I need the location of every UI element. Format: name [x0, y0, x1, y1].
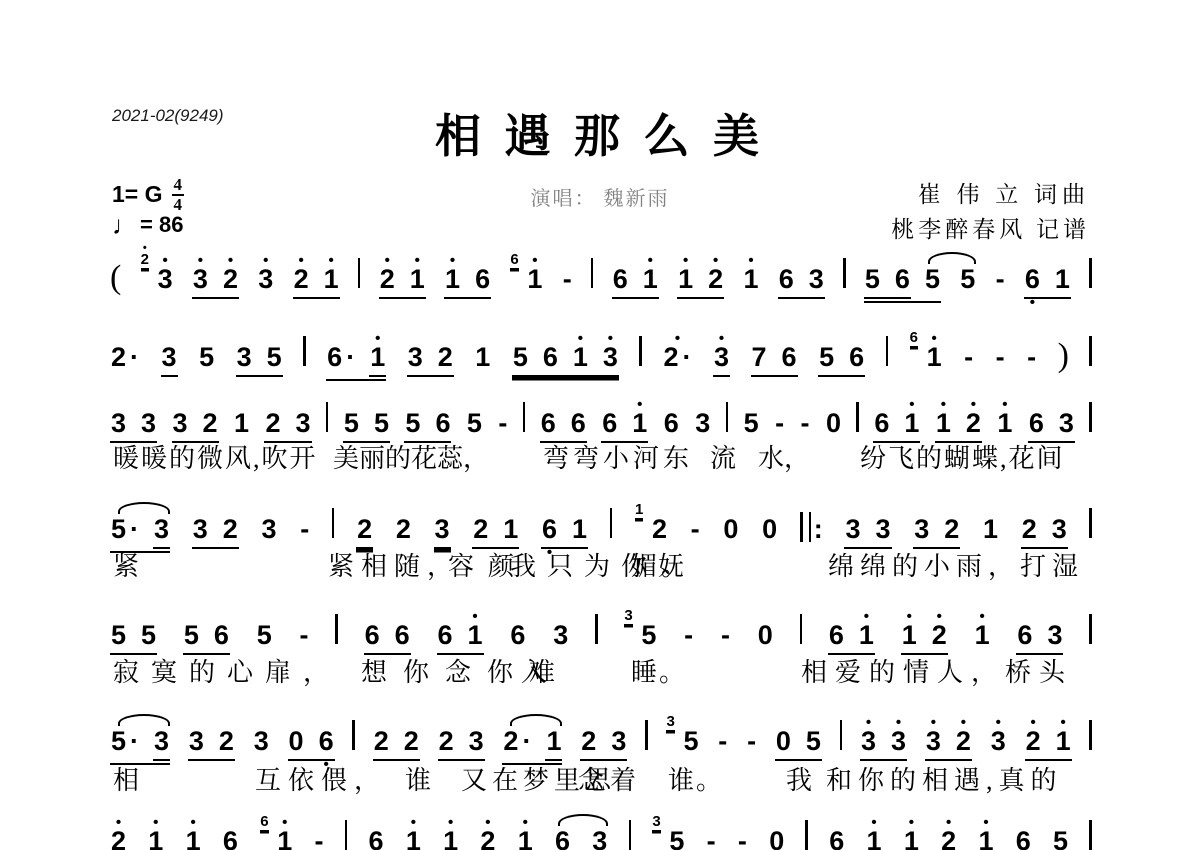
note-2: 2• [707, 265, 724, 295]
octave-dot: • [860, 715, 877, 730]
dash-extension: - [720, 621, 731, 651]
music-line-5: 55565-6661•6335--061•1•2•1•63 [110, 614, 1092, 655]
note-1: 1• [996, 409, 1013, 439]
grace-note: 3 [652, 814, 660, 831]
octave-dot: • [955, 715, 972, 730]
dash-extension: - [800, 409, 811, 439]
dash-extension: - [690, 515, 701, 545]
note-1: 1• [147, 827, 164, 850]
octave-dot: • [925, 715, 942, 730]
note-1: 1• [977, 827, 994, 850]
augmentation-dot: · [130, 342, 139, 372]
octave-dot: • [935, 397, 952, 412]
repeat-bars [800, 512, 811, 542]
barline [805, 820, 808, 850]
beam-group: 32 [913, 515, 960, 549]
note-6: 6 [1015, 827, 1032, 850]
note-5: 5 [343, 409, 360, 439]
music-line-1: (2•3•3•2•3•2•1•2•1•1•661•-61•1•2•1•63565… [110, 258, 1092, 303]
octave-dot: • [631, 397, 648, 412]
tie-arc [118, 502, 170, 514]
note-3: 3 [913, 515, 930, 545]
note-0: 0 [288, 727, 305, 757]
note-1: 1• [935, 409, 952, 439]
beam-group: 1•2• [901, 621, 948, 655]
octave-dot: • [517, 815, 534, 830]
beam-group: 33 [844, 515, 891, 549]
note-1: 1 [233, 409, 250, 439]
octave-dot: • [222, 253, 239, 268]
note-2: 2 [356, 515, 373, 549]
beam-group: 22 [373, 727, 420, 761]
note-1: 1 [545, 727, 562, 761]
note-5: 35 [668, 827, 685, 850]
dash-extension: - [706, 827, 717, 850]
note-1: 1• [974, 621, 991, 651]
barline [595, 614, 598, 644]
quarter-note-icon: ♩ [112, 212, 138, 238]
barline [345, 820, 348, 850]
note-2: 2• [1025, 727, 1042, 757]
note-3: 3 [591, 827, 608, 850]
lyric-segment: 暖暖的微风,吹开 [113, 438, 318, 475]
note-1: 61• [526, 265, 543, 295]
octave-dot: • [965, 397, 982, 412]
note-2: 2• [379, 265, 396, 295]
dash-extension: - [313, 827, 324, 850]
octave-dot: • [409, 253, 426, 268]
barline [800, 614, 803, 644]
barline [332, 508, 335, 538]
note-3: 3 [434, 515, 451, 549]
note-2: 2 [202, 409, 219, 439]
beam-group: 61• [612, 265, 659, 299]
note-3: 3 [188, 727, 205, 757]
note-3: 3• [860, 727, 877, 757]
lyric-segment: 谁 [405, 760, 431, 797]
note-3: 3 [468, 727, 485, 757]
note-5: 5 [373, 409, 390, 439]
lyric-segment: 美丽的花蕊， [333, 438, 489, 475]
beam-group: 61• [828, 621, 875, 655]
note-6: 6 [434, 409, 451, 439]
barline [840, 720, 843, 750]
tempo-value: = 86 [140, 212, 183, 238]
octave-dot: • [110, 815, 127, 830]
note-1: 1• [901, 621, 918, 651]
octave-dot: • [444, 253, 461, 268]
beam-group: 2•1• [379, 265, 426, 299]
note-2: 2• [955, 727, 972, 757]
note-5: 5 [256, 621, 273, 651]
barline [1089, 258, 1092, 288]
note-5: 5 [1052, 827, 1069, 850]
phrase-paren: ( [110, 259, 121, 296]
note-6: 6 [222, 827, 239, 850]
lyric-segment: 念着 [578, 760, 642, 797]
note-6: 6 [848, 343, 865, 373]
note-5: 5 [805, 727, 822, 757]
note-2: 2 [943, 515, 960, 545]
time-signature: 4 4 [172, 176, 185, 214]
note-6: 6 [778, 265, 795, 295]
lyric-segment: 流 [710, 438, 736, 475]
barline [358, 258, 361, 288]
lyric-segment: 媚。 [631, 546, 691, 583]
octave-dot: • [405, 815, 422, 830]
dash-extension: - [746, 727, 757, 757]
music-line-2: 2·35356·1•321561•3•2·•3•765661•---) [110, 336, 1092, 381]
key-label: 1= G [112, 181, 163, 208]
dash-extension: - [995, 343, 1006, 373]
beam-group: 66 [364, 621, 411, 655]
octave-dot: • [442, 815, 459, 830]
note-5: 5 [110, 621, 127, 651]
barline [523, 402, 526, 432]
time-numerator: 4 [174, 176, 183, 194]
octave-dot: • [293, 253, 310, 268]
note-5: 5 [743, 409, 760, 439]
note-3: 3 [253, 727, 270, 757]
note-3: 3 [610, 727, 627, 757]
beam-group: 23 [438, 727, 485, 761]
note-3: 3 [1051, 515, 1068, 545]
note-2: 2• [479, 827, 496, 850]
beam-group: 63 [1016, 621, 1063, 655]
lyric-segment: 水， [758, 438, 810, 475]
note-1: 1• [631, 409, 648, 439]
note-3: 3 [153, 515, 170, 549]
note-3: 3• [925, 727, 942, 757]
note-1: 1• [903, 409, 920, 439]
barline [1089, 508, 1092, 538]
beam-group: 32 [192, 515, 239, 549]
note-2: 2• [940, 827, 957, 850]
note-3: 3 [1046, 621, 1063, 651]
note-1: 1• [572, 343, 589, 373]
note-1: 1• [467, 621, 484, 651]
grace-note: 3 [666, 714, 674, 731]
beam-group: 2•1• [1025, 727, 1072, 761]
octave-dot: • [996, 397, 1013, 412]
note-5: 5 [140, 621, 157, 651]
barline [629, 820, 632, 850]
note-1: 1• [323, 265, 340, 295]
beam-group: 23 [580, 727, 627, 761]
note-1: 1 [502, 515, 519, 545]
note-3: 3 [110, 409, 127, 439]
dash-extension: - [1026, 343, 1037, 373]
note-1: 1• [444, 265, 461, 295]
octave-dot: • [323, 253, 340, 268]
octave-dot: • [926, 331, 943, 346]
tie-arc [558, 814, 608, 826]
tie-arc [510, 714, 562, 726]
dash-extension: - [963, 343, 974, 373]
octave-dot: • [858, 609, 875, 624]
note-5: 5 [924, 265, 941, 295]
lyric-segment: 入 [521, 652, 547, 689]
music-line-3: 333212355565-6661•635--061•1•2•1•63 [110, 402, 1092, 443]
octave-dot: • [157, 253, 174, 268]
beam-group: 3•2• [192, 265, 239, 299]
beam-group: 56 [818, 343, 865, 377]
beam-group: 3•3• [860, 727, 907, 761]
note-3: 3 [1058, 409, 1075, 439]
lyric-segment: 睡。 [631, 652, 687, 689]
barline [843, 258, 846, 288]
note-1: 1• [1055, 727, 1072, 757]
note-6: 6 [213, 621, 230, 651]
dash-extension: - [717, 727, 728, 757]
note-2: 2 [218, 727, 235, 757]
octave-dot: • [147, 815, 164, 830]
note-2: 2• [293, 265, 310, 295]
beam-group: 2•1• [293, 265, 340, 299]
lyric-segment: 紧相随， [328, 546, 460, 583]
lyric-segment: 紧 [113, 546, 139, 583]
octave-dot: • [742, 253, 759, 268]
note-1: 61• [926, 343, 943, 373]
note-6: 6 [828, 621, 845, 651]
barline [1089, 720, 1092, 750]
note-2: 2• [931, 621, 948, 651]
note-6: 6 [509, 621, 526, 651]
note-0: 0 [761, 515, 778, 545]
octave-dot: • [602, 331, 619, 346]
beam-group: 561•3• [512, 343, 619, 377]
octave-dot: • [890, 715, 907, 730]
beam-group: 23 [1021, 515, 1068, 549]
barline [886, 336, 889, 366]
octave-dot: • [642, 253, 659, 268]
note-6: 6 [364, 621, 381, 651]
repeat-start-sign: : [800, 512, 823, 545]
note-6: 6 [612, 265, 629, 295]
note-2: 2• [965, 409, 982, 439]
note-5: 5 [959, 265, 976, 295]
note-6: 6· [326, 343, 356, 373]
note-6: 6 [394, 621, 411, 651]
note-5: 5 [512, 343, 529, 373]
octave-dot: • [1055, 715, 1072, 730]
octave-dot: • [369, 331, 386, 346]
beam-group: 1•2• [677, 265, 724, 299]
octave-dot: • [467, 609, 484, 624]
barline [645, 720, 648, 750]
grace-note: 6 [260, 814, 268, 831]
note-6: 6 [894, 265, 911, 295]
octave-dot: • [977, 815, 994, 830]
octave-dot: • [974, 609, 991, 624]
note-5: 5 [404, 409, 421, 439]
beam-group: 32 [407, 343, 454, 377]
note-3: 3 [192, 515, 209, 545]
octave-dot: • [1024, 295, 1041, 310]
barline [326, 402, 329, 432]
lyric-segment: 纷飞的蝴蝶,花间 [860, 438, 1065, 475]
note-3: 3 [295, 409, 312, 439]
octave-dot: • [257, 253, 274, 268]
note-2: 2·• [662, 343, 692, 373]
dash-extension: - [737, 827, 748, 850]
barline [1089, 820, 1092, 850]
note-3: 3 [261, 515, 278, 545]
note-2: 2 [373, 727, 390, 757]
lyrics-line-3: 暖暖的微风,吹开美丽的花蕊，弯弯小河东流水，纷飞的蝴蝶,花间 [110, 438, 1115, 472]
beam-group: 565 [864, 265, 941, 303]
composer-credit: 崔 伟 立 词曲 [918, 176, 1090, 209]
beam-group: 06• [288, 727, 335, 761]
music-line-6: 5·332306•22232·12335--053•3•3•2•3•2•1• [110, 720, 1092, 765]
barline [352, 720, 355, 750]
dash-extension: - [562, 265, 573, 295]
note-3: 3 [172, 409, 189, 439]
octave-dot: • [707, 253, 724, 268]
note-0: 0 [757, 621, 774, 651]
note-3: 3 [844, 515, 861, 545]
note-5: 35 [682, 727, 699, 757]
beam-group: 32 [188, 727, 235, 761]
note-2: 2 [222, 515, 239, 545]
octave-dot: • [379, 253, 396, 268]
note-1: 1 [982, 515, 999, 545]
augmentation-dot: · [346, 342, 355, 372]
lyric-segment: 互依偎， [255, 760, 387, 797]
note-1: 61• [276, 827, 293, 850]
note-2: 2 [472, 515, 489, 545]
beam-group: 56 [183, 621, 230, 655]
barline [1089, 336, 1092, 366]
tie-arc [928, 252, 976, 264]
lyric-segment: 和你的相遇,真的 [826, 760, 1063, 797]
barline [1089, 402, 1092, 432]
barline [1089, 614, 1092, 644]
octave-dot: • [940, 815, 957, 830]
dash-extension: - [683, 621, 694, 651]
note-1: 1• [409, 265, 426, 295]
lyric-segment: 相爱的情人，桥头 [801, 652, 1073, 689]
note-3: 3• [890, 727, 907, 757]
note-6: 6• [541, 515, 558, 545]
note-6: 6 [781, 343, 798, 373]
time-denominator: 4 [172, 194, 185, 214]
note-0: 0 [768, 827, 785, 850]
grace-note: 3 [624, 608, 632, 625]
note-0: 0 [775, 727, 792, 757]
note-1: 1• [866, 827, 883, 850]
note-6: 6 [368, 827, 385, 850]
note-2: 2 [438, 727, 455, 757]
note-1: 1• [677, 265, 694, 295]
barline [303, 336, 306, 366]
sheet-music-page: { "header": { "catalog": "2021-02(9249)"… [0, 0, 1200, 850]
note-6: 6 [540, 409, 557, 439]
tie-arc [118, 714, 170, 726]
note-3: 3 [694, 409, 711, 439]
note-1: 1• [185, 827, 202, 850]
beam-group: 3•2• [925, 727, 972, 761]
note-3: 3 [153, 727, 170, 761]
note-3: 3 [407, 343, 424, 373]
note-6: 6 [437, 621, 454, 651]
lyric-segment: 相 [113, 760, 139, 797]
note-5: 5 [198, 343, 215, 373]
octave-dot: • [990, 715, 1007, 730]
note-1: 1• [642, 265, 659, 295]
note-1: 1 [1054, 265, 1071, 295]
octave-dot: • [931, 609, 948, 624]
note-3: 3• [713, 343, 730, 377]
note-1: 1• [742, 265, 759, 295]
beam-group: 6·1• [326, 343, 386, 381]
note-2: 2 [437, 343, 454, 373]
octave-dot: • [866, 815, 883, 830]
lyrics-line-6: 相互依偎，谁又在梦里思念着谁。我和你的相遇,真的 [110, 760, 1115, 794]
octave-dot: • [901, 609, 918, 624]
lyric-segment: 我 [786, 760, 812, 797]
note-2: 2 [580, 727, 597, 757]
note-1: 1• [858, 621, 875, 651]
lyrics-line-5: 寂寞的心扉，想你念你难入睡。相爱的情人，桥头 [110, 652, 1115, 686]
note-5: 5 [183, 621, 200, 651]
octave-dot: • [572, 331, 589, 346]
grace-note: 6 [910, 330, 918, 347]
note-1: 1• [405, 827, 422, 850]
beam-group: 61• [437, 621, 484, 655]
note-3: 3 [236, 343, 253, 373]
dash-extension: - [995, 265, 1006, 295]
lyric-segment: 寂寞的心扉， [113, 652, 341, 689]
octave-dot: • [185, 815, 202, 830]
note-3: 3• [602, 343, 619, 373]
note-1: 1• [517, 827, 534, 850]
note-6: 6 [828, 827, 845, 850]
note-1: 1• [369, 343, 386, 377]
beam-group: 21 [472, 515, 519, 549]
note-2: 2· [502, 727, 532, 757]
note-5: 5· [110, 727, 140, 757]
note-5: 5 [266, 343, 283, 373]
note-1: 1 [571, 515, 588, 545]
dash-extension: - [299, 621, 310, 651]
dash-extension: - [774, 409, 785, 439]
octave-dot: • [713, 331, 730, 346]
augmentation-dot: · [130, 726, 139, 756]
note-3: 3 [808, 265, 825, 295]
barline [610, 508, 613, 538]
note-6: 6 [1016, 621, 1033, 651]
note-2: 2 [395, 515, 412, 545]
dash-extension: - [299, 515, 310, 545]
note-3: 2•3• [157, 265, 174, 295]
beam-group: 1•6 [444, 265, 491, 299]
note-3: 3• [257, 265, 274, 295]
note-6: 6 [542, 343, 559, 373]
beam-group: 6•1 [1024, 265, 1071, 299]
octave-dot: • [662, 331, 692, 346]
note-3: 3• [192, 265, 209, 295]
song-title: 相 遇 那 么 美 [0, 100, 1200, 166]
note-0: 0 [722, 515, 739, 545]
barline [335, 614, 338, 644]
augmentation-dot: · [522, 726, 531, 756]
note-5: 5 [818, 343, 835, 373]
note-5: 5 [864, 265, 881, 295]
note-0: 0 [825, 409, 842, 439]
tempo-marking: ♩ = 86 [112, 212, 183, 238]
note-6: 6 [474, 265, 491, 295]
